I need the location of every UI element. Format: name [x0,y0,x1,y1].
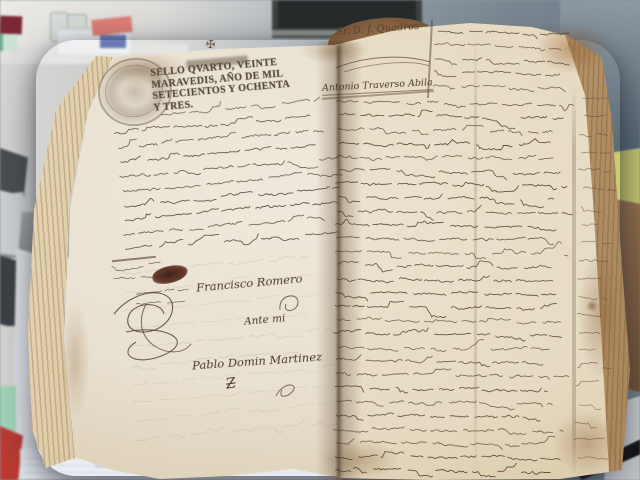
marginal-notes-column [571,90,618,477]
gutter-core-line [337,46,340,478]
right-page-opening-lines [430,22,574,102]
page-crease [474,26,477,476]
photo-of-manuscript-book: ✠ SELLO QVARTO, VEINTE MARAVEDIS, AÑO DE… [0,0,640,480]
rubric-z-mark: Z [225,375,237,392]
left-page-handwriting [110,90,348,261]
rubric-curl [274,378,304,402]
top-cross-mark: ✠ [205,38,216,52]
tiny-names-scribble [130,284,194,312]
right-page-main-text [329,94,574,480]
